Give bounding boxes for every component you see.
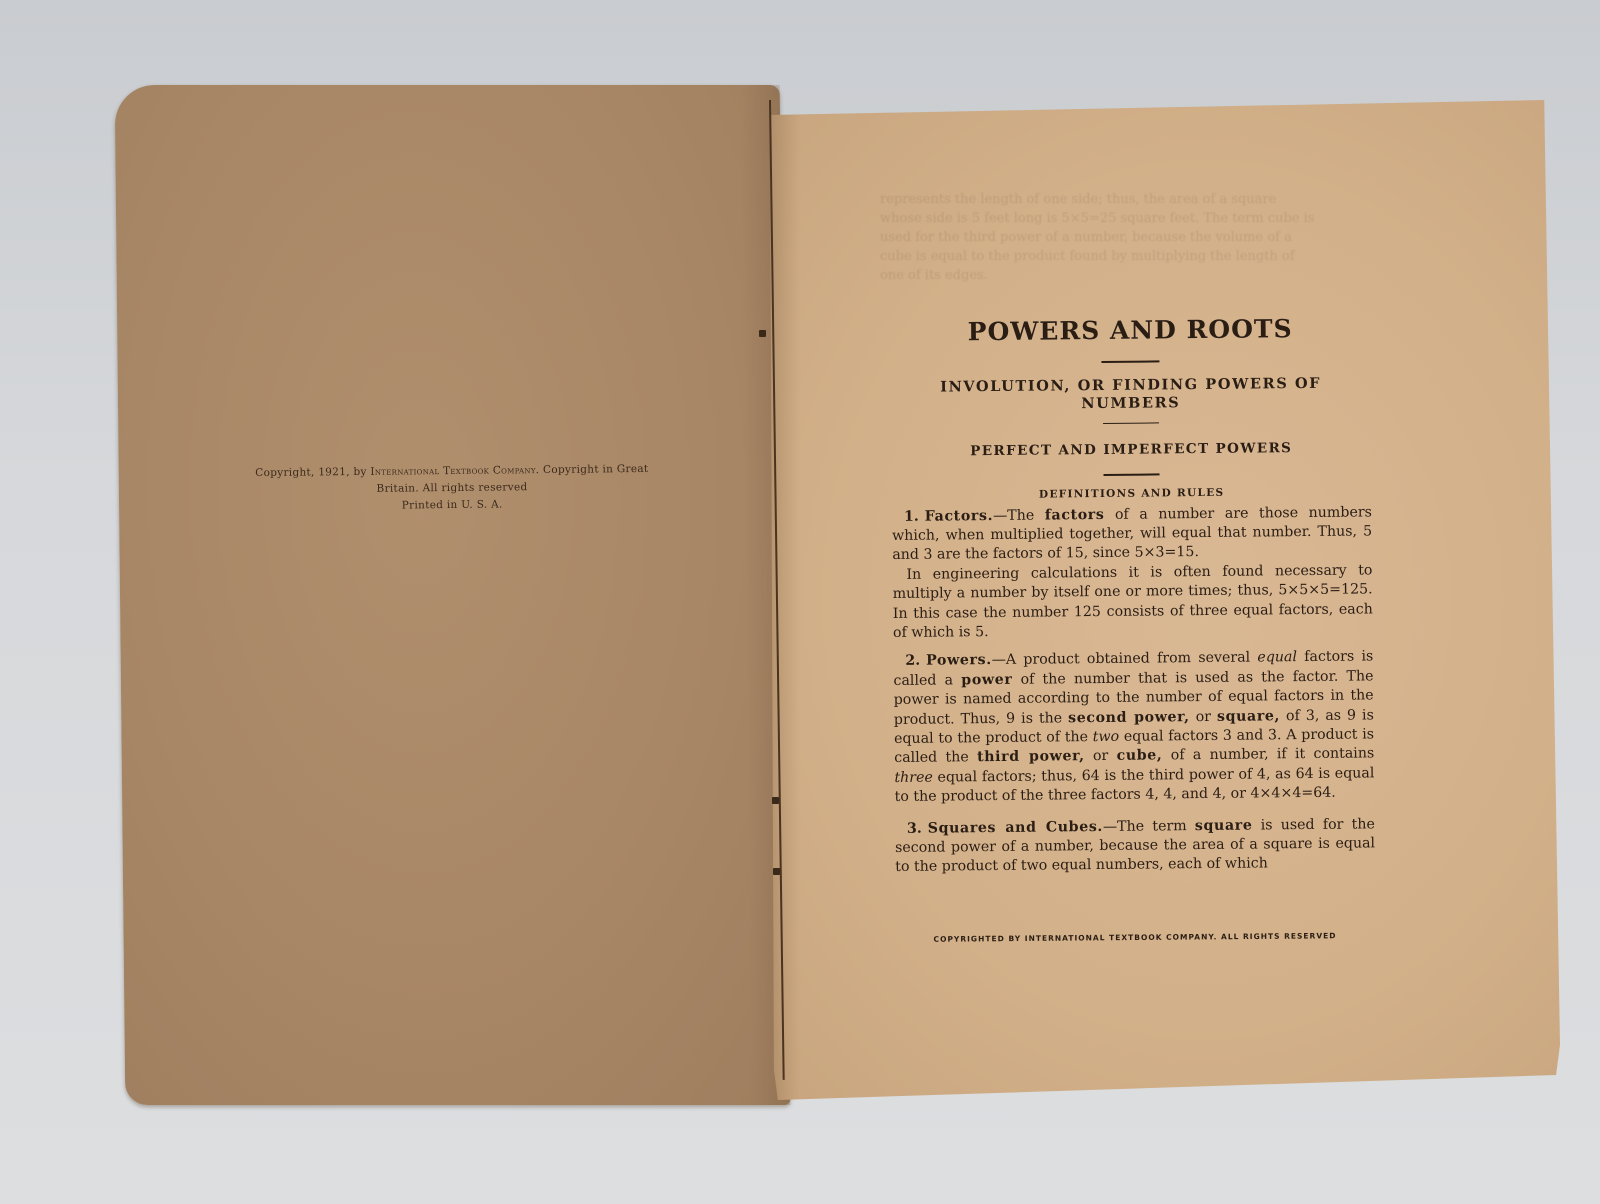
page-title: POWERS AND ROOTS xyxy=(890,313,1370,347)
subsection-heading: DEFINITIONS AND RULES xyxy=(892,485,1372,502)
text: of a number, if it contains xyxy=(1162,746,1374,764)
italic-term: three xyxy=(894,769,933,785)
divider xyxy=(1103,422,1159,424)
paragraph: 3.Squares and Cubes.—The term square is … xyxy=(895,815,1376,878)
paragraph: 2.Powers.—A product obtained from severa… xyxy=(893,648,1374,808)
staple xyxy=(773,868,780,875)
bold-term: cube, xyxy=(1117,748,1163,764)
section-number: 2. xyxy=(905,653,920,669)
section-squares-cubes: 3.Squares and Cubes.—The term square is … xyxy=(895,815,1376,878)
bold-term: square, xyxy=(1217,708,1280,725)
text: —The xyxy=(993,507,1045,523)
section-term: Powers. xyxy=(926,652,992,669)
copyright-suffix: Copyright in Great xyxy=(543,463,649,476)
left-page xyxy=(115,85,791,1105)
copyright-notice: Copyright, 1921, by International Textbo… xyxy=(222,461,683,517)
section-heading: PERFECT AND IMPERFECT POWERS xyxy=(891,439,1371,460)
text: equal factors; thus, 64 is the third pow… xyxy=(895,765,1375,805)
divider xyxy=(1101,360,1159,362)
section-powers: 2.Powers.—A product obtained from severa… xyxy=(893,648,1374,808)
chapter-subtitle: INVOLUTION, OR FINDING POWERS OF NUMBERS xyxy=(891,374,1371,415)
bold-term: third power, xyxy=(977,749,1085,766)
staple xyxy=(772,797,779,804)
paragraph: In engineering calculations it is often … xyxy=(892,561,1373,643)
section-number: 1. xyxy=(904,508,919,524)
italic-term: two xyxy=(1093,729,1120,745)
copyright-company: International Textbook Company. xyxy=(370,464,539,478)
divider xyxy=(1104,473,1160,475)
bold-term: square xyxy=(1195,817,1253,834)
section-number: 3. xyxy=(907,820,922,836)
section-factors: 1.Factors.—The factors of a number are t… xyxy=(892,503,1373,643)
staple xyxy=(759,330,766,337)
page-content: POWERS AND ROOTS INVOLUTION, OR FINDING … xyxy=(890,313,1375,877)
paragraph: 1.Factors.—The factors of a number are t… xyxy=(892,503,1373,566)
text: or xyxy=(1085,748,1117,764)
section-term: Squares and Cubes. xyxy=(928,819,1103,837)
italic-term: equal xyxy=(1257,649,1297,665)
bold-term: factors xyxy=(1045,506,1105,523)
bold-term: power xyxy=(961,672,1012,688)
text: or xyxy=(1190,708,1217,724)
text: —A product obtained from several xyxy=(992,650,1258,669)
text: —The term xyxy=(1103,818,1195,835)
copyright-prefix: Copyright, 1921, by xyxy=(255,466,367,479)
bold-term: second power, xyxy=(1068,709,1190,726)
section-term: Factors. xyxy=(925,508,994,525)
